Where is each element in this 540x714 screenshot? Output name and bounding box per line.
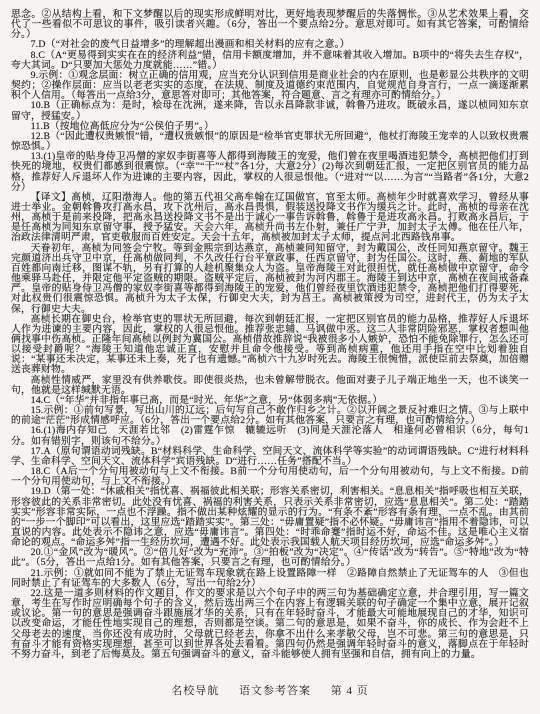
paragraph: 高桢性情威严，家里没有供养歌伎。即使很炎热，也未曾解带脱衣。他面对妻子儿子端正地… <box>11 376 529 396</box>
answer-body: 思念。②从结构上看，和下文梦醒以后的现实形成鲜明对比，更好地表现梦醒后的失落惆怅… <box>11 10 529 660</box>
footer-title: 语文参考答案 <box>239 685 311 697</box>
paragraph: 10.B（正确标点为：是时，桧母在沈洲，遂来降，告以永昌降款非诚，斡鲁乃进攻。既… <box>11 101 529 121</box>
paragraph: 17.A（原句谓语动词残缺。B“材料科学、生命科学、空间天文、流体科学等实验”的… <box>11 447 529 467</box>
page-footer: 名校导航 语文参考答案 第 4 页 <box>0 682 540 698</box>
paragraph: 22.这是一道多则材料的作文题目，作文的要求是以六个句子中的两三句为基础确定立意… <box>11 589 529 660</box>
paragraph: 8.C（A“更易得到实实在在的经济利益”错，信用卡额度增加，并不意味着其收入增加… <box>11 51 529 71</box>
paragraph: 13.(1)皇帝的贴身侍卫冯僧的家奴李街喜等人都得到海陵王的宠爱，他们曾在夜里喝… <box>11 152 529 193</box>
paragraph: 21.示例：①就如同不能为了禁止无证驾车现象就在路上设置路障一样 ②路障自然禁止… <box>11 569 529 589</box>
paragraph: 16.(1)海内存知己 天涯若比邻 (2)雷霆乍惊 辘辘远听 (3)同是天涯沦落… <box>11 426 529 446</box>
paragraph: 12.B（“因此遭权贵嫉恨”错，“遭权贵嫉恨”的原因是“检举官吏罪状无所回避”，… <box>11 132 529 152</box>
paragraph: 9.示例：①观念层面：树立正确的信用观，应当充分认识到信用是商业社会的内在原则，… <box>11 71 529 101</box>
paragraph: 思念。②从结构上看，和下文梦醒以后的现实形成鲜明对比，更好地表现梦醒后的失落惆怅… <box>11 10 529 40</box>
footer-brand: 名校导航 <box>171 685 219 697</box>
footer-page-number: 第 4 页 <box>331 685 369 697</box>
paragraph: 18.C（A后一个分句用被动句与上文不衔接。B前一个分句用使动句，后一个分句用被… <box>11 467 529 487</box>
paragraph: 19.D（第一处：“休戚相关”指忧喜、祸福彼此相关联；形容关系密切，利害相关。“… <box>11 487 529 548</box>
paragraph: 20.①“金风”改为“暖风”。②“倍儿好”改为“充沛”。③“拍板”改为“决定”。… <box>11 548 529 568</box>
paragraph: 高桢长期在御史台，检举官吏的罪状无所回避，每次到朝廷汇报，一定把区别官员的能力品… <box>11 315 529 376</box>
paragraph: 天眷初年，高桢为同签会宁牧。等到金熙宗到达燕京，高桢兼同知留守，封为戴国公，改任… <box>11 244 529 315</box>
paragraph: 【译文】高桢，辽阳渤海人。他的第五代祖父高牟翰在辽国做官，官至太师。高桢年少时就… <box>11 193 529 244</box>
document-page: 思念。②从结构上看，和下文梦醒以后的现实形成鲜明对比，更好地表现梦醒后的失落惆怅… <box>0 0 540 714</box>
paragraph: 15.示例：①前句写景，写出山川的辽远；后句写自己不敢作归乡之计。②以开阔之景反… <box>11 406 529 426</box>
